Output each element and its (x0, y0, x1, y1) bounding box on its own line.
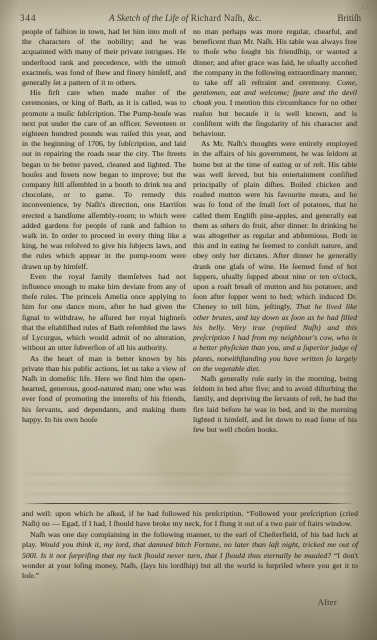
text-body: people of faſhion in town, had let him i… (22, 27, 358, 503)
book-page: 17 344 A Sketch of the Life of Richard N… (0, 0, 377, 640)
right-column: no man perhaps was more regular, chearfu… (193, 27, 357, 503)
running-title-italic: A Sketch of the Life of (109, 13, 188, 23)
running-title: A Sketch of the Life of Richard Naſh, &c… (54, 13, 317, 23)
paragraph: no man perhaps was more regular, chearfu… (193, 27, 357, 139)
paragraph: As Mr. Naſh's thoughts were entirely emp… (193, 139, 357, 374)
paragraph: As the heart of man is better known by h… (22, 354, 186, 425)
paragraph: and well: upon which he aſked, if he had… (22, 509, 358, 530)
footnote-section: and well: upon which he aſked, if he had… (22, 509, 358, 582)
footnote-divider (26, 503, 351, 504)
left-column: people of faſhion in town, had let him i… (22, 27, 186, 503)
paragraph: Naſh was one day complaining in the foll… (22, 530, 358, 582)
paragraph: Naſh generally roſe early in the morning… (193, 374, 357, 435)
catchword: After (318, 597, 337, 607)
running-header: 344 A Sketch of the Life of Richard Naſh… (20, 13, 361, 27)
running-title-roman: Richard Naſh, &c. (188, 13, 262, 23)
paragraph: His firſt care when made maſter of the c… (22, 88, 186, 272)
paragraph: people of faſhion in town, had let him i… (22, 27, 186, 88)
paragraph: Even the royal family themſelves had not… (22, 272, 186, 354)
page-number: 344 (20, 13, 54, 23)
running-header-right: Britiſh (317, 13, 361, 23)
handwritten-corner-mark: 17 (361, 2, 369, 11)
